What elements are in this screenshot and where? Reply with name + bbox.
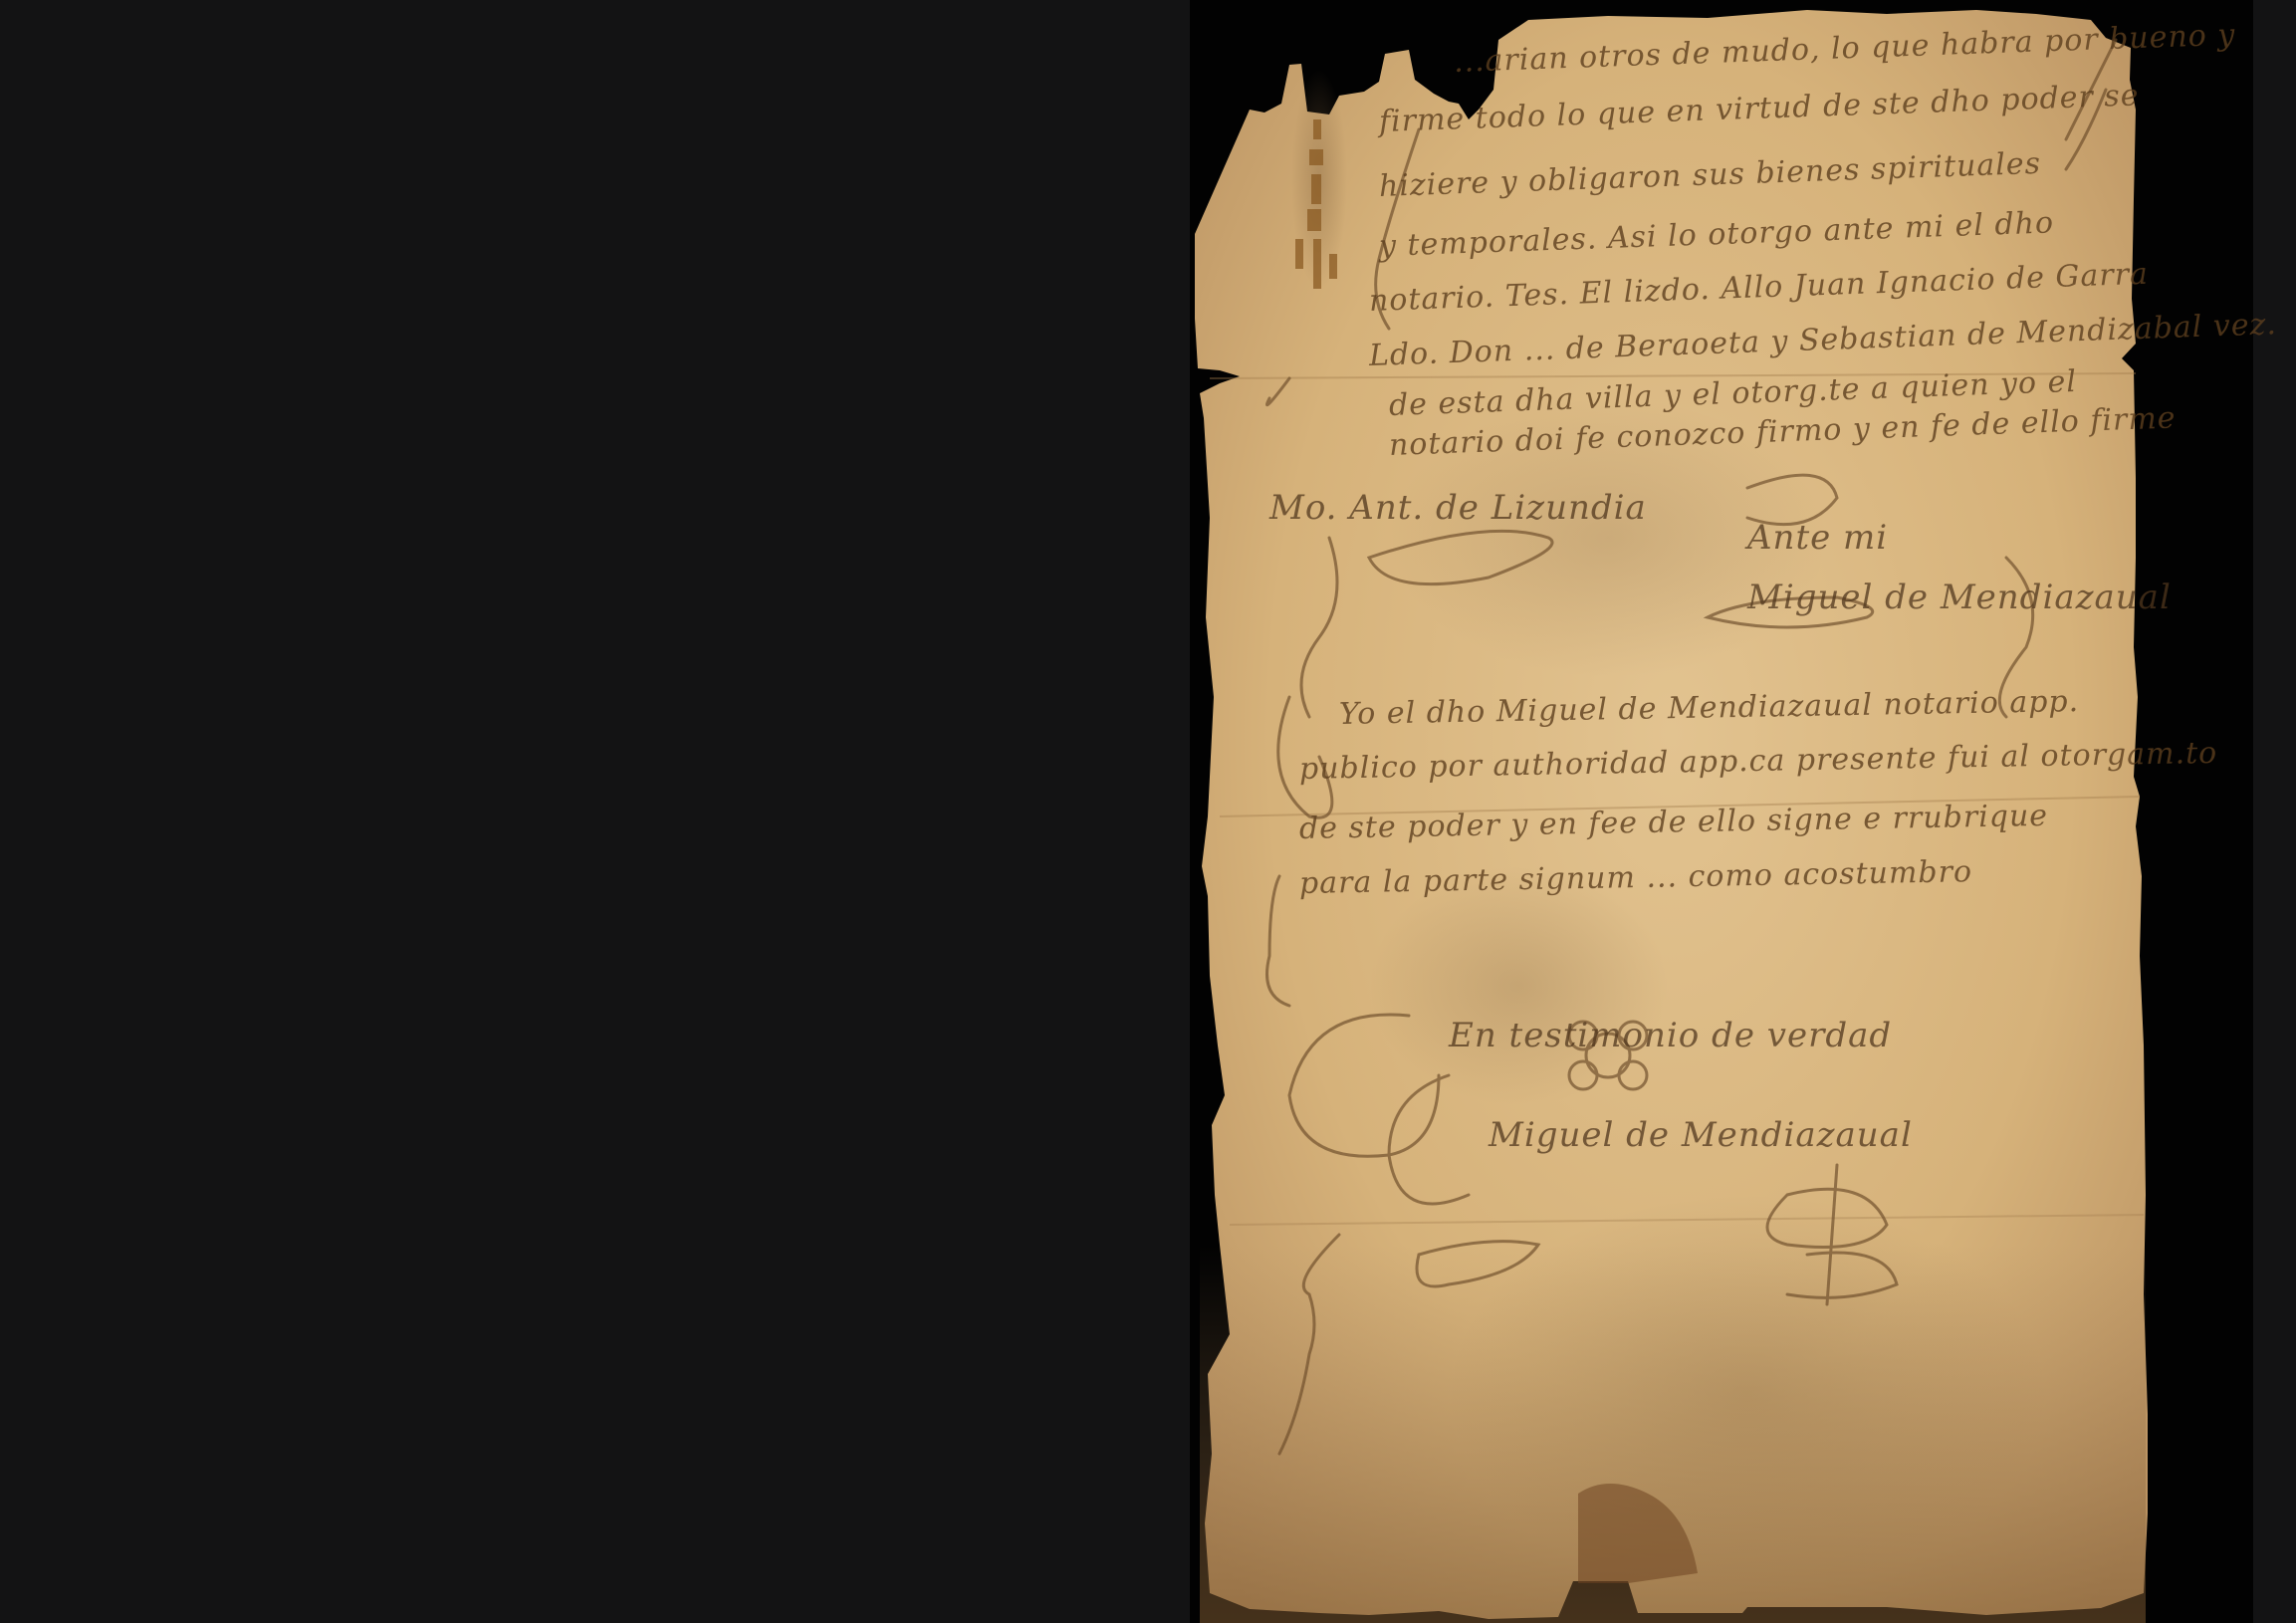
document-scan: ...arian otros de mudo, lo que habra por… [1190, 0, 2253, 1623]
image-viewer: ...arian otros de mudo, lo que habra por… [0, 0, 2296, 1623]
parchment-page [1190, 0, 2253, 1623]
